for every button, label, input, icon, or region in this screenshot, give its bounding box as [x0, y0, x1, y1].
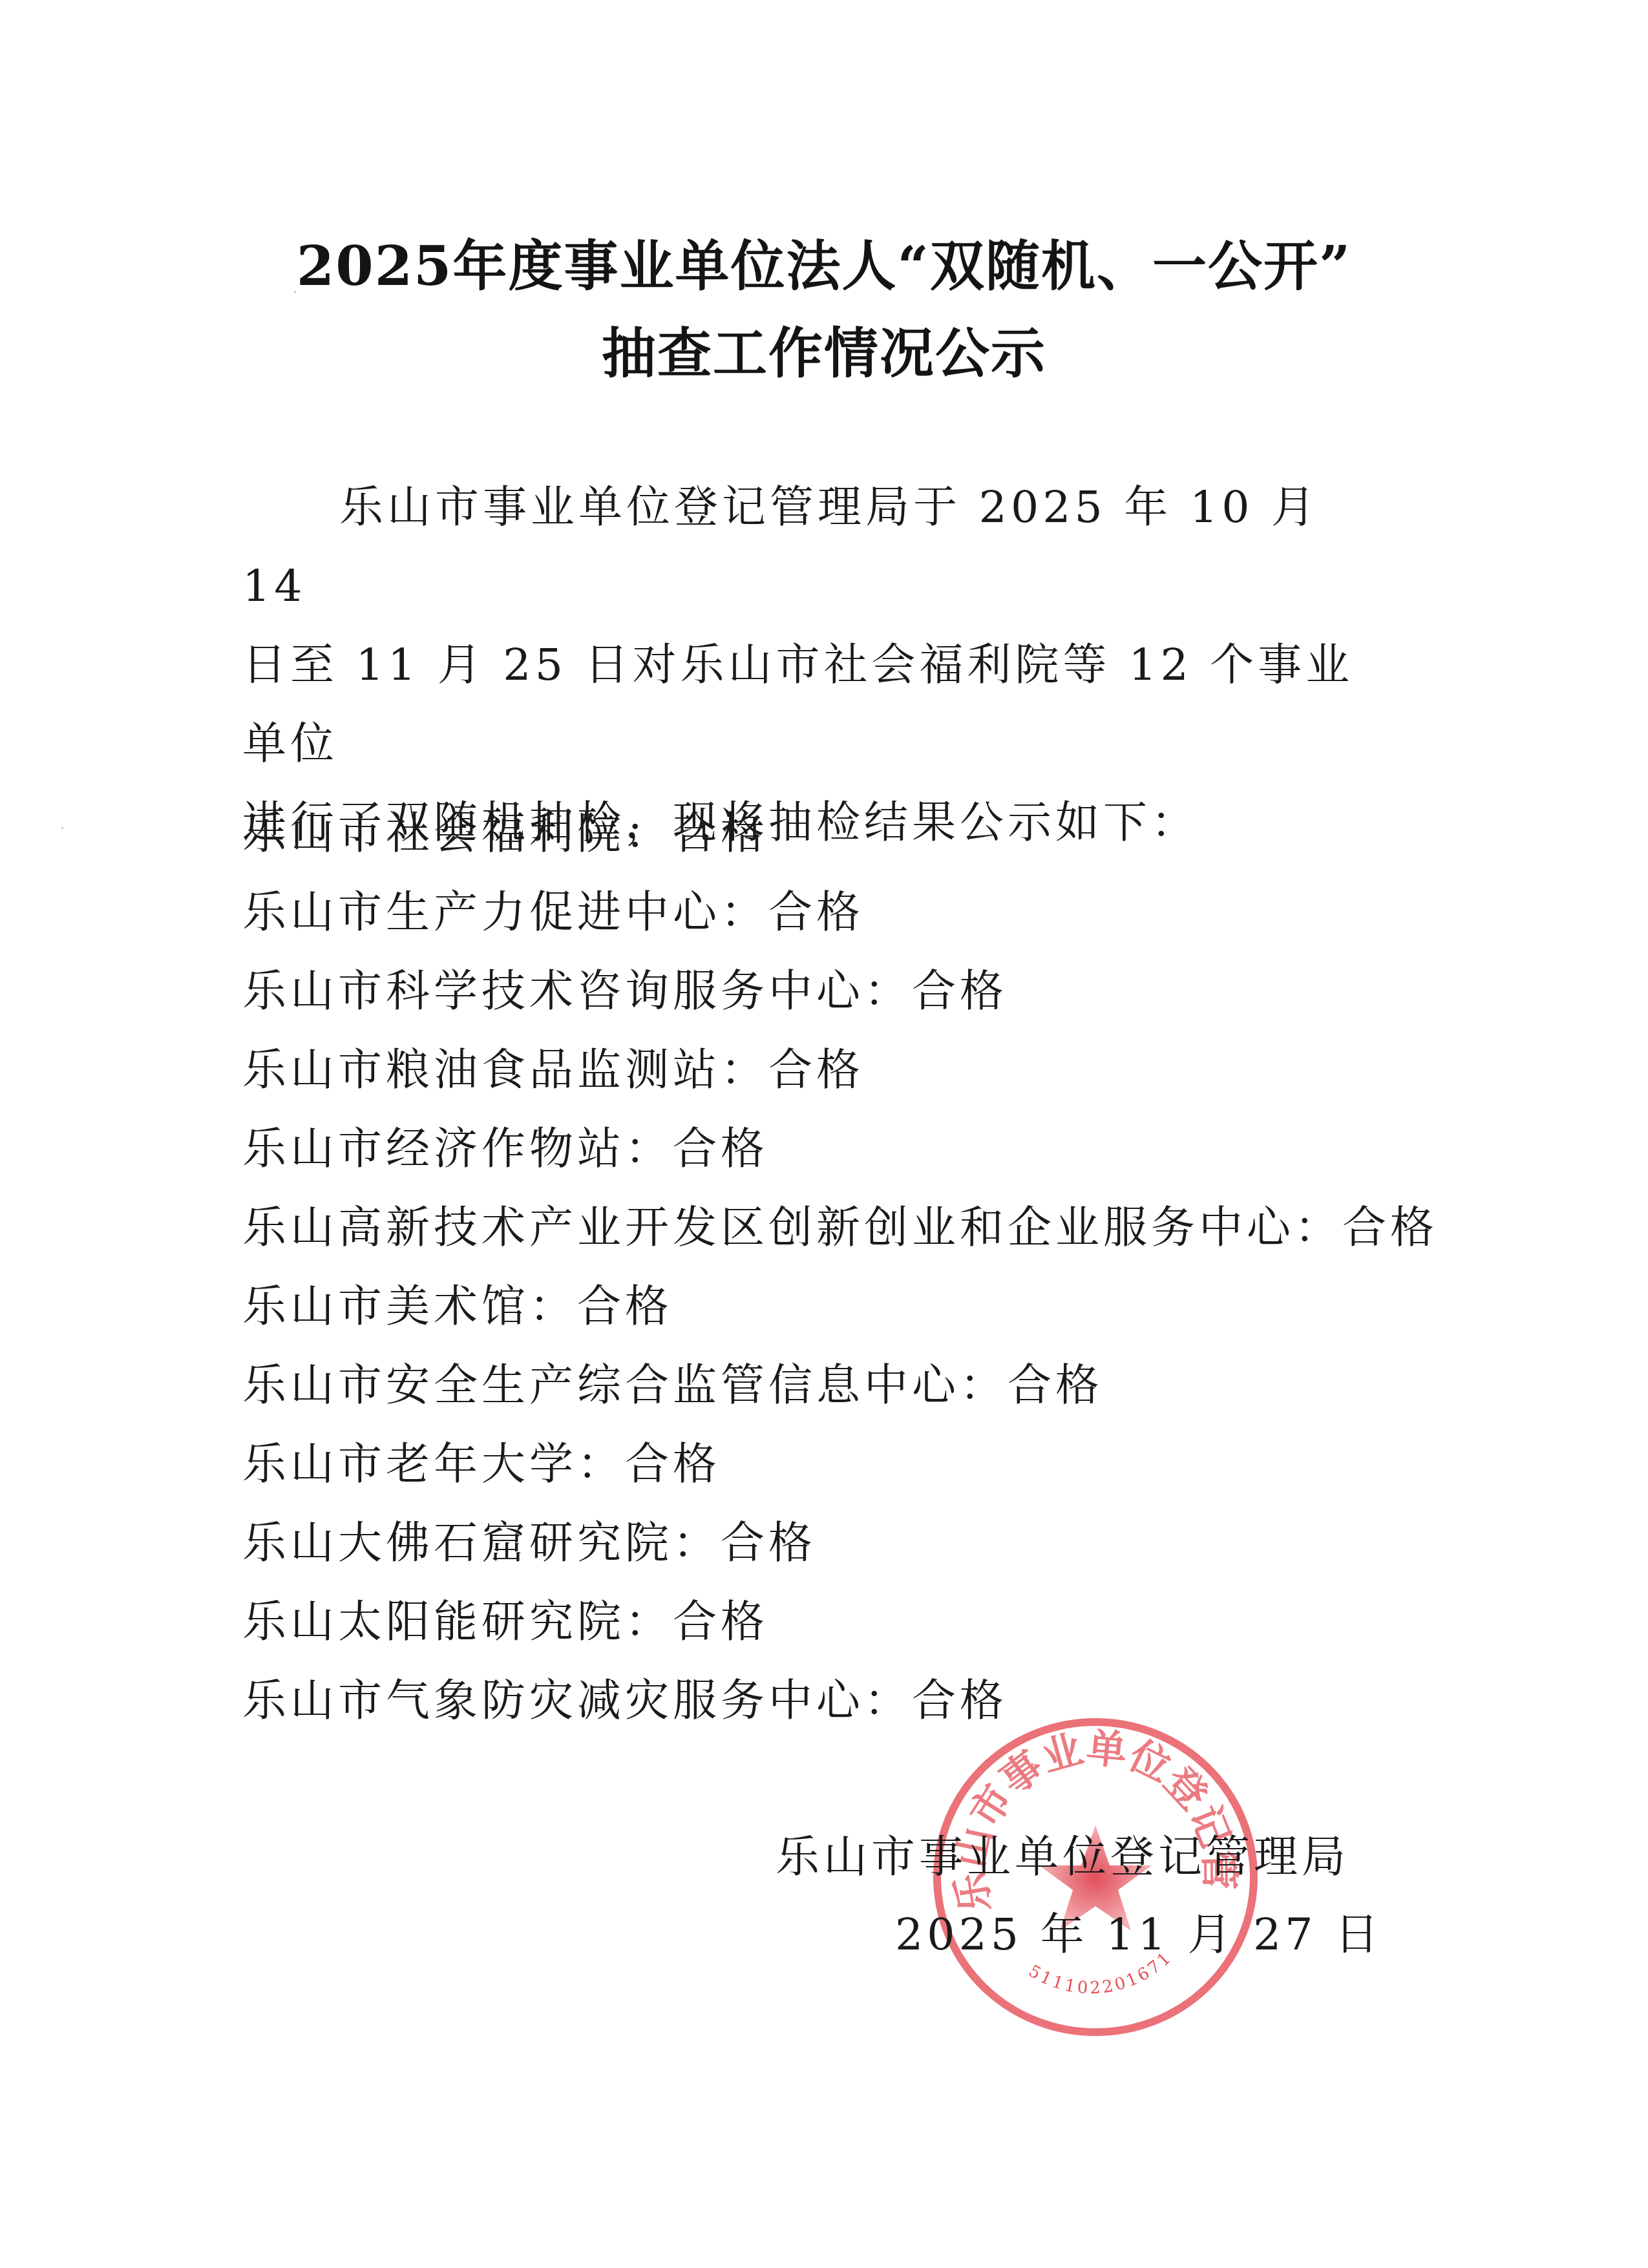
- result-item: 乐山市老年大学：合格: [242, 1425, 1406, 1504]
- intro-line-1: 乐山市事业单位登记管理局于 2025 年 10 月 14: [242, 468, 1380, 626]
- document-page: 2025年度事业单位法人“双随机、一公开” 抽查工作情况公示 乐山市事业单位登记…: [0, 0, 1648, 2268]
- result-status: 合格: [768, 887, 864, 938]
- result-status: 合格: [673, 808, 768, 859]
- document-title-line-1: 2025年度事业单位法人“双随机、一公开”: [0, 223, 1648, 301]
- result-item: 乐山市生产力促进中心：合格: [242, 874, 1406, 952]
- result-item: 乐山市经济作物站：合格: [242, 1110, 1406, 1189]
- result-item: 乐山市安全生产综合监管信息中心：合格: [242, 1347, 1406, 1425]
- result-status: 合格: [625, 1439, 721, 1490]
- result-item: 乐山市粮油食品监测站：合格: [242, 1031, 1406, 1110]
- result-status: 合格: [912, 966, 1008, 1017]
- result-status: 合格: [768, 1045, 864, 1096]
- scan-speck: [294, 291, 296, 293]
- signature-date: 2025 年 11 月 27 日: [895, 1900, 1382, 1962]
- result-status: 合格: [721, 1518, 816, 1569]
- inspection-results-list: 乐山市社会福利院：合格 乐山市生产力促进中心：合格 乐山市科学技术咨询服务中心：…: [242, 795, 1406, 1741]
- signature-organization: 乐山市事业单位登记管理局: [776, 1822, 1349, 1885]
- result-item: 乐山太阳能研究院：合格: [242, 1583, 1406, 1662]
- scan-speck: [61, 827, 63, 829]
- result-status: 合格: [1008, 1360, 1103, 1411]
- result-status: 合格: [1342, 1202, 1438, 1254]
- result-status: 合格: [673, 1597, 768, 1648]
- result-item: 乐山市美术馆：合格: [242, 1268, 1406, 1347]
- document-title-line-2: 抽查工作情况公示: [0, 310, 1648, 388]
- intro-line-2: 日至 11 月 25 日对乐山市社会福利院等 12 个事业单位: [242, 626, 1380, 784]
- result-item: 乐山高新技术产业开发区创新创业和企业服务中心：合格: [242, 1189, 1406, 1268]
- result-item: 乐山市科学技术咨询服务中心：合格: [242, 952, 1406, 1031]
- result-status: 合格: [673, 1124, 768, 1175]
- result-item: 乐山市社会福利院：合格: [242, 795, 1406, 874]
- result-item: 乐山大佛石窟研究院：合格: [242, 1504, 1406, 1583]
- result-status: 合格: [577, 1281, 673, 1332]
